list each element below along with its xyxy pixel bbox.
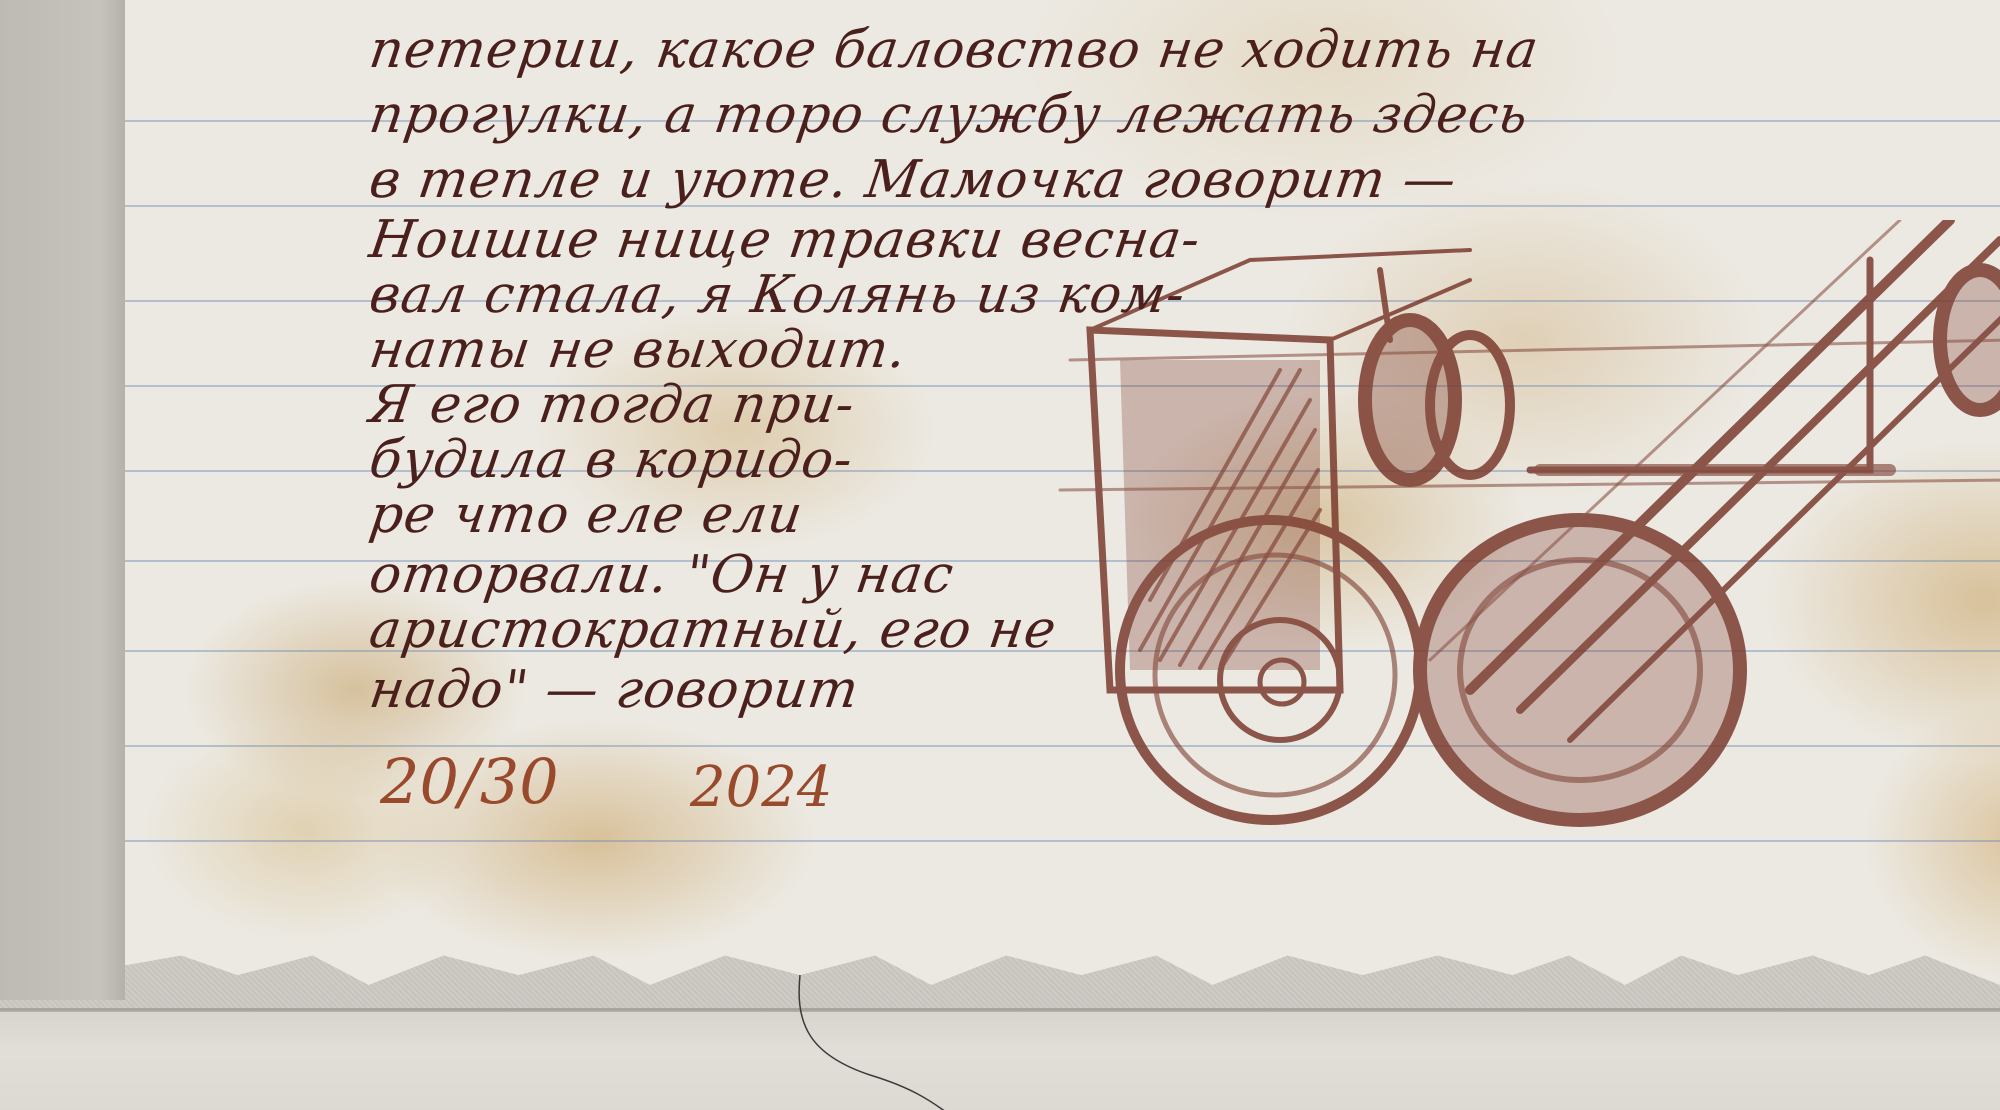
text-line: надо" — говорит <box>366 660 863 720</box>
text-line: аристократный, его не <box>366 600 1061 660</box>
text-line: ре что еле ели <box>366 485 807 545</box>
mount-shadow <box>0 0 125 1000</box>
text-line: наты не выходит. <box>366 320 911 380</box>
text-line: петерии, какое баловство не ходить на <box>366 20 1543 80</box>
stray-hair <box>790 975 1010 1110</box>
edition-number: 20/30 <box>380 745 559 818</box>
text-line: Ноишие нище травки весна- <box>366 210 1205 270</box>
text-line: оторвали. "Он у нас <box>366 545 958 605</box>
text-line: в тепле и уюте. Мамочка говорит — <box>366 150 1461 210</box>
text-line: прогулки, а торо службу лежать здесь <box>366 85 1533 145</box>
text-line: будила в коридо- <box>366 430 857 490</box>
text-line: Я его тогда при- <box>366 375 859 435</box>
handwritten-text: петерии, какое баловство не ходить на пр… <box>370 0 1930 780</box>
text-line: вал стала, я Колянь из ком- <box>366 265 1190 325</box>
year: 2024 <box>690 755 833 820</box>
